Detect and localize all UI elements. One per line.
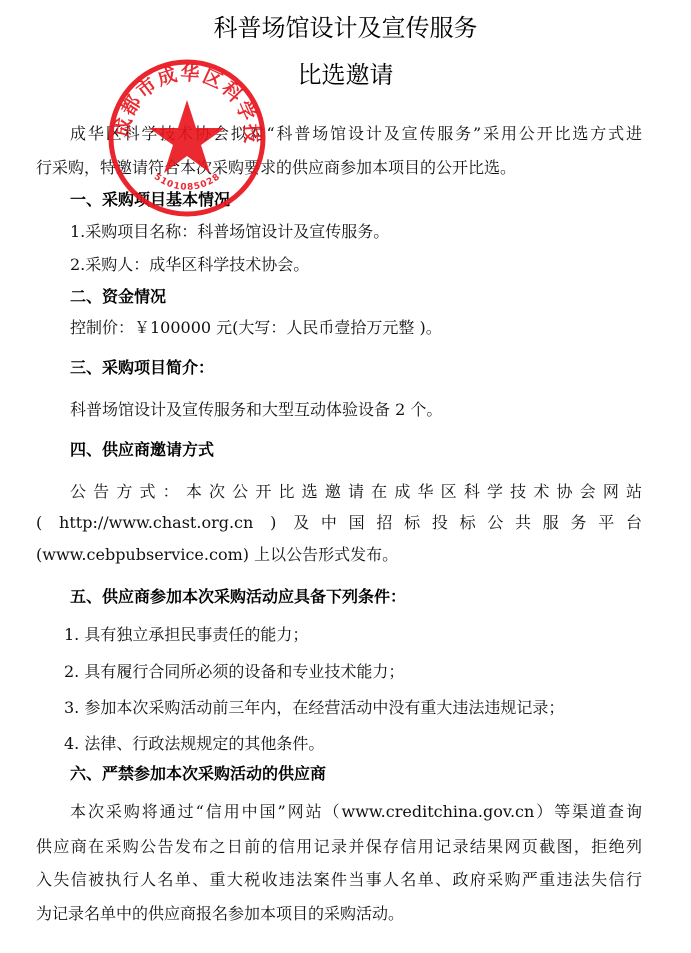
section-6-line: 供应商在采购公告发布之日前的信用记录并保存信用记录结果网页截图，拒绝列 bbox=[36, 837, 642, 857]
section-6-heading: 六、严禁参加本次采购活动的供应商 bbox=[70, 764, 326, 784]
section-4-heading: 四、供应商邀请方式 bbox=[70, 440, 214, 460]
section-2-text: 控制价：￥100000 元(大写：人民币壹拾万元整 )。 bbox=[70, 318, 442, 338]
section-6-line: 本次采购将通过“信用中国”网站（www.creditchina.gov.cn）等… bbox=[70, 802, 642, 822]
section-3-text: 科普场馆设计及宣传服务和大型互动体验设备 2 个。 bbox=[70, 400, 442, 420]
section-5-item: 4. 法律、行政法规规定的其他条件。 bbox=[64, 734, 324, 754]
section-5-item: 3. 参加本次采购活动前三年内，在经营活动中没有重大违法违规记录； bbox=[64, 698, 564, 718]
section-4-line: (www.cebpubservice.com) 上以公告形式发布。 bbox=[36, 545, 398, 565]
section-4-line: ( http://www.chast.org.cn ) 及中国招标投标公共服务平… bbox=[36, 513, 642, 533]
intro-line-1: 成华区科学技术协会拟对“科普场馆设计及宣传服务”采用公开比选方式进 bbox=[70, 124, 642, 144]
section-5-item: 1. 具有独立承担民事责任的能力； bbox=[64, 625, 308, 645]
document-subtitle: 比选邀请 bbox=[0, 60, 691, 90]
section-5-heading: 五、供应商参加本次采购活动应具备下列条件： bbox=[70, 587, 406, 607]
section-3-heading: 三、采购项目简介： bbox=[70, 358, 214, 378]
section-6-line: 入失信被执行人名单、重大税收违法案件当事人名单、政府采购严重违法失信行 bbox=[36, 870, 642, 890]
section-2-heading: 二、资金情况 bbox=[70, 287, 166, 307]
section-1-item: 1.采购项目名称：科普场馆设计及宣传服务。 bbox=[70, 222, 389, 242]
section-1-heading: 一、采购项目基本情况 bbox=[70, 190, 230, 210]
section-4-line: 公告方式：本次公开比选邀请在成华区科学技术协会网站 bbox=[70, 482, 642, 502]
document-title: 科普场馆设计及宣传服务 bbox=[0, 13, 691, 43]
intro-line-2: 行采购，特邀请符合本次采购要求的供应商参加本项目的公开比选。 bbox=[36, 158, 516, 178]
section-6-line: 为记录名单中的供应商报名参加本项目的采购活动。 bbox=[36, 904, 404, 924]
section-5-item: 2. 具有履行合同所必须的设备和专业技术能力； bbox=[64, 662, 404, 682]
section-1-item: 2.采购人：成华区科学技术协会。 bbox=[70, 255, 309, 275]
